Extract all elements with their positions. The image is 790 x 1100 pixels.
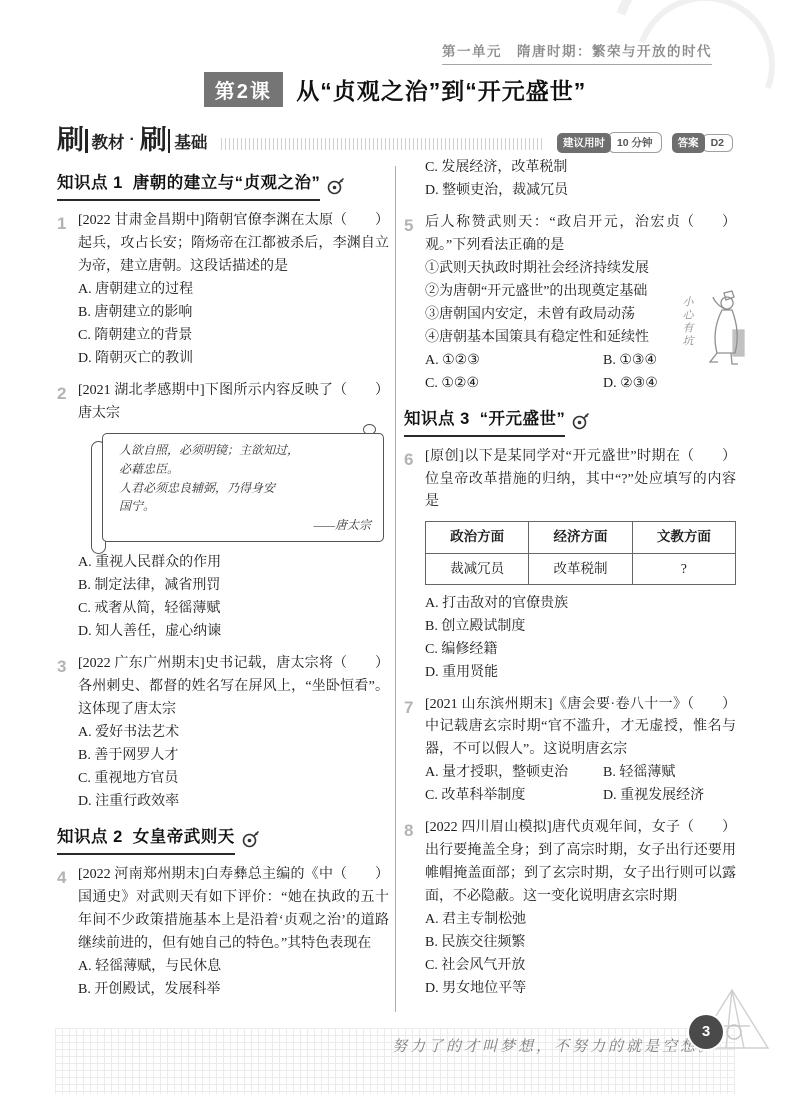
page-title: 从“贞观之治”到“开元盛世”: [296, 73, 586, 106]
option-d: D. 男女地位平等: [425, 978, 736, 1001]
source-tag: [2022 广东广州期末]: [78, 656, 205, 671]
workbook-page: 第一单元 隋唐时期：繁荣与开放的时代 第2课 从“贞观之治”到“开元盛世” 刷 …: [0, 0, 790, 1100]
brush-logo-bar: [168, 129, 171, 153]
question-number: 1: [57, 210, 66, 238]
question-6: 6 （ ）[原创]以下是某同学对“开元盛世”时期在位皇帝改革措施的归纳，其中“?…: [404, 446, 736, 685]
question-5: 5 （ ）后人称赞武则天：“政启开元，治宏贞观。”下列看法正确的是 ①武则天执政…: [404, 212, 736, 396]
topic-1-heading: 知识点 1唐朝的建立与“贞观之治”: [57, 170, 389, 201]
table-header-economy: 经济方面: [529, 522, 632, 553]
question-number: 6: [404, 446, 413, 474]
option-d: D. 整顿吏治，裁减冗员: [425, 180, 736, 203]
question-1: 1 （ ）[2022 甘肃金昌期中]隋朝官僚李渊在太原起兵，攻占长安；隋炀帝在江…: [57, 210, 389, 371]
target-dart-icon: [572, 412, 590, 430]
option-c: C. 戒奢从简，轻徭薄赋: [78, 598, 389, 621]
left-column: 知识点 1唐朝的建立与“贞观之治” 1 （ ）[2022 甘肃金昌期中]隋朝官僚…: [57, 160, 389, 1011]
brush-logo: 刷 教材 · 刷 基础: [57, 127, 207, 154]
option-list: A. 爱好书法艺术 B. 善于网罗人才 C. 重视地方官员 D. 注重行政效率: [78, 722, 389, 814]
question-stem: （ ）后人称赞武则天：“政启开元，治宏贞观。”下列看法正确的是: [425, 212, 736, 258]
target-dart-icon: [327, 177, 345, 195]
answer-page-value: D2: [702, 134, 733, 152]
option-c: C. 改革科举制度: [425, 785, 603, 808]
source-tag: [2022 四川眉山模拟]: [425, 820, 552, 835]
option-c: C. ①②④: [425, 373, 603, 396]
question-number: 5: [404, 212, 413, 240]
source-tag: [2021 山东滨州期末]: [425, 697, 553, 712]
option-b: B. 善于网罗人才: [78, 745, 389, 768]
option-c: C. 发展经济，改革税制: [425, 157, 736, 180]
section-label-basics: 基础: [174, 133, 207, 154]
option-list: A. 君主专制松弛 B. 民族交往频繁 C. 社会风气开放 D. 男女地位平等: [425, 909, 736, 1001]
option-c: C. 隋朝建立的背景: [78, 325, 389, 348]
info-badges: 建议用时 10 分钟 答案 D2: [557, 132, 733, 153]
option-list: A. 重视人民群众的作用 B. 制定法律，减省刑罚 C. 戒奢从简，轻徭薄赋 D…: [78, 552, 389, 644]
option-a: A. ①②③: [425, 350, 603, 373]
brush-logo-char: 刷: [57, 127, 83, 154]
scholar-figure-icon: [698, 290, 750, 370]
caution-cartoon: 小心有坑: [678, 290, 750, 370]
table-row: 裁减冗员 改革税制 ?: [426, 553, 736, 584]
topic-title: 唐朝的建立与“贞观之治”: [133, 174, 321, 192]
topic-label: 知识点 1: [57, 174, 123, 192]
brush-logo-char: 刷: [140, 127, 166, 154]
question-stem: （ ）[2022 广东广州期末]史书记载，唐太宗将各州刺史、都督的姓名写在屏风上…: [78, 653, 389, 722]
option-d: D. 知人善任，虚心纳谏: [78, 621, 389, 644]
page-number-badge: 3: [689, 1015, 723, 1049]
question-7: 7 （ ）[2021 山东滨州期末]《唐会要·卷八十一》中记载唐玄宗时期“官不滥…: [404, 694, 736, 809]
table-header-culture: 文教方面: [632, 522, 735, 553]
answer-badge: 答案: [672, 133, 705, 153]
column-divider: [395, 166, 396, 1012]
source-tag: [原创]: [425, 449, 464, 464]
right-column: C. 发展经济，改革税制 D. 整顿吏治，裁减冗员 5 （ ）后人称赞武则天：“…: [404, 157, 736, 1010]
question-number: 8: [404, 817, 413, 845]
table-cell: 改革税制: [529, 553, 632, 584]
footer-motto: 努力了的才叫梦想，不努力的就是空想。: [392, 1035, 716, 1056]
option-b: B. 唐朝建立的影响: [78, 302, 389, 325]
quote-scroll-illustration: 人欲自照，必须明镜；主欲知过， 必藉忠臣。 人君必须忠良辅弼，乃得身安 国宁。 …: [102, 433, 384, 543]
option-d: D. 注重行政效率: [78, 791, 389, 814]
option-d: D. 重视发展经济: [603, 785, 736, 808]
question-8: 8 （ ）[2022 四川眉山模拟]唐代贞观年间，女子出行要掩盖全身；到了高宗时…: [404, 817, 736, 1001]
answer-bracket: （ ）: [333, 380, 389, 403]
scroll-line: 人欲自照，必须明镜；主欲知过，: [119, 441, 373, 460]
answer-bracket: （ ）: [680, 817, 736, 840]
option-list: A. 量才授职，整顿吏治 B. 轻徭薄赋 C. 改革科举制度 D. 重视发展经济: [425, 762, 736, 808]
question-number: 4: [57, 864, 66, 892]
option-list: A. 轻徭薄赋，与民休息 B. 开创殿试，发展科举: [78, 956, 389, 1002]
question-stem: （ ）[2022 四川眉山模拟]唐代贞观年间，女子出行要掩盖全身；到了高宗时期，…: [425, 817, 736, 909]
topic-2-heading: 知识点 2女皇帝武则天: [57, 824, 389, 855]
section-dot: ·: [130, 130, 135, 151]
source-tag: [2022 甘肃金昌期中]: [78, 213, 205, 228]
section-label-textbook: 教材: [92, 133, 125, 154]
question-number: 2: [57, 380, 66, 408]
option-list: A. 唐朝建立的过程 B. 唐朝建立的影响 C. 隋朝建立的背景 D. 隋朝灭亡…: [78, 279, 389, 371]
suggested-time-badge: 建议用时: [557, 133, 611, 153]
scroll-line: 人君必须忠良辅弼，乃得身安: [119, 479, 373, 498]
question-2: 2 （ ）[2021 湖北孝感期中]下图所示内容反映了唐太宗 人欲自照，必须明镜…: [57, 380, 389, 644]
cartoon-caption: 小心有坑: [678, 296, 696, 348]
answer-bracket: （ ）: [333, 210, 389, 233]
topic-title: 女皇帝武则天: [133, 828, 235, 846]
lesson-number-badge: 第2课: [204, 72, 283, 107]
option-a: A. 量才授职，整顿吏治: [425, 762, 603, 785]
source-tag: [2022 河南郑州期末]: [78, 867, 205, 882]
lesson-title-row: 第2课 从“贞观之治”到“开元盛世”: [0, 72, 790, 107]
option-a: A. 君主专制松弛: [425, 909, 736, 932]
source-tag: [2021 湖北孝感期中]: [78, 383, 205, 398]
topic-title: “开元盛世”: [480, 410, 566, 428]
scroll-attribution: ——唐太宗: [119, 516, 373, 535]
topic-label: 知识点 3: [404, 410, 470, 428]
option-b: B. 轻徭薄赋: [603, 762, 736, 785]
answer-bracket: （ ）: [680, 694, 736, 717]
option-a: A. 重视人民群众的作用: [78, 552, 389, 575]
question-4: 4 （ ）[2022 河南郑州期末]白寿彝总主编的《中国通史》对武则天有如下评价…: [57, 864, 389, 1002]
option-b: B. 制定法律，减省刑罚: [78, 575, 389, 598]
answer-bracket: （ ）: [680, 212, 736, 235]
question-stem: （ ）[2021 湖北孝感期中]下图所示内容反映了唐太宗: [78, 380, 389, 426]
answer-bracket: （ ）: [333, 864, 389, 887]
statement-1: ①武则天执政时期社会经济持续发展: [425, 258, 736, 281]
suggested-time-value: 10 分钟: [608, 132, 662, 153]
option-b: B. 创立殿试制度: [425, 616, 736, 639]
table-cell: 裁减冗员: [426, 553, 529, 584]
topic-label: 知识点 2: [57, 828, 123, 846]
scroll-line: 必藉忠臣。: [119, 460, 373, 479]
target-dart-icon: [242, 830, 260, 848]
question-number: 7: [404, 694, 413, 722]
unit-header: 第一单元 隋唐时期：繁荣与开放的时代: [442, 40, 712, 65]
scroll-line: 国宁。: [119, 497, 373, 516]
answer-bracket: （ ）: [333, 653, 389, 676]
question-stem: （ ）[2022 河南郑州期末]白寿彝总主编的《中国通史》对武则天有如下评价：“…: [78, 864, 389, 956]
question-stem: （ ）[2021 山东滨州期末]《唐会要·卷八十一》中记载唐玄宗时期“官不滥升，…: [425, 694, 736, 763]
option-d: D. 隋朝灭亡的教训: [78, 348, 389, 371]
option-d: D. 重用贤能: [425, 662, 736, 685]
reform-measures-table: 政治方面 经济方面 文教方面 裁减冗员 改革税制 ?: [425, 521, 736, 584]
option-a: A. 轻徭薄赋，与民休息: [78, 956, 389, 979]
option-c: C. 编修经籍: [425, 639, 736, 662]
brush-logo-bar: [85, 129, 88, 153]
table-header-politics: 政治方面: [426, 522, 529, 553]
section-header: 刷 教材 · 刷 基础 建议用时 10 分钟 答案 D2: [57, 127, 733, 154]
question-stem: （ ）[2022 甘肃金昌期中]隋朝官僚李渊在太原起兵，攻占长安；隋炀帝在江都被…: [78, 210, 389, 279]
topic-3-heading: 知识点 3“开元盛世”: [404, 406, 736, 437]
table-cell: ?: [632, 553, 735, 584]
scroll-text: 人欲自照，必须明镜；主欲知过， 必藉忠臣。 人君必须忠良辅弼，乃得身安 国宁。 …: [102, 433, 384, 543]
stripe-decoration: [221, 138, 545, 150]
question-stem: （ ）[原创]以下是某同学对“开元盛世”时期在位皇帝改革措施的归纳，其中“?”处…: [425, 446, 736, 515]
option-a: A. 爱好书法艺术: [78, 722, 389, 745]
option-b: B. 开创殿试，发展科举: [78, 979, 389, 1002]
question-3: 3 （ ）[2022 广东广州期末]史书记载，唐太宗将各州刺史、都督的姓名写在屏…: [57, 653, 389, 814]
option-a: A. 打击敌对的官僚贵族: [425, 593, 736, 616]
option-b: B. 民族交往频繁: [425, 932, 736, 955]
question-4-continued-options: C. 发展经济，改革税制 D. 整顿吏治，裁减冗员: [404, 157, 736, 203]
option-c: C. 社会风气开放: [425, 955, 736, 978]
option-d: D. ②③④: [603, 373, 736, 396]
option-a: A. 唐朝建立的过程: [78, 279, 389, 302]
option-list: A. 打击敌对的官僚贵族 B. 创立殿试制度 C. 编修经籍 D. 重用贤能: [425, 593, 736, 685]
answer-bracket: （ ）: [680, 446, 736, 469]
question-number: 3: [57, 653, 66, 681]
option-c: C. 重视地方官员: [78, 768, 389, 791]
